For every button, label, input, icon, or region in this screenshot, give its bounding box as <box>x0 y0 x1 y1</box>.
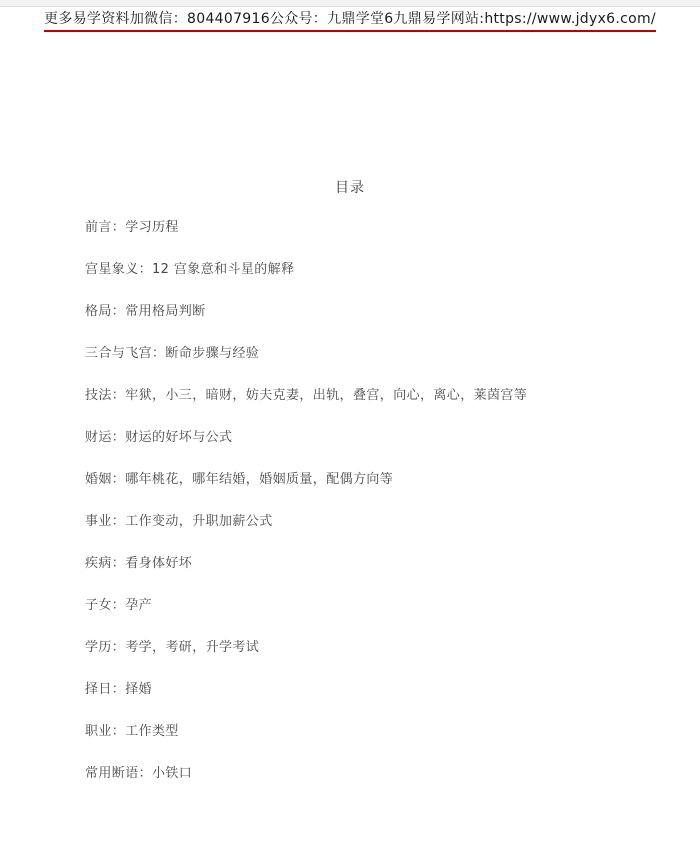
toc-item: 疾病：看身体好坏 <box>85 543 670 585</box>
toc-item: 学历：考学，考研，升学考试 <box>85 627 670 669</box>
document-page: 更多易学资料加微信：804407916公众号：九鼎学堂6九鼎易学网站:https… <box>0 0 700 847</box>
header-banner: 更多易学资料加微信：804407916公众号：九鼎学堂6九鼎易学网站:https… <box>0 11 700 32</box>
toc-item: 三合与飞宫：断命步骤与经验 <box>85 333 670 375</box>
window-top-edge <box>0 0 700 7</box>
toc-item: 职业：工作类型 <box>85 711 670 753</box>
header-banner-text: 更多易学资料加微信：804407916公众号：九鼎学堂6九鼎易学网站:https… <box>44 11 656 32</box>
toc-item: 前言：学习历程 <box>85 207 670 249</box>
toc-title: 目录 <box>0 177 700 197</box>
toc-item: 事业：工作变动，升职加薪公式 <box>85 501 670 543</box>
toc-item: 财运：财运的好坏与公式 <box>85 417 670 459</box>
toc-item: 择日：择婚 <box>85 669 670 711</box>
toc-item: 子女：孕产 <box>85 585 670 627</box>
toc-item: 技法：牢狱，小三，暗财，妨夫克妻，出轨，叠宫，向心，离心，莱茵宫等 <box>85 375 670 417</box>
toc-item: 宫星象义：12 宫象意和斗星的解释 <box>85 249 670 291</box>
toc-list: 前言：学习历程 宫星象义：12 宫象意和斗星的解释 格局：常用格局判断 三合与飞… <box>85 207 670 795</box>
toc-item: 格局：常用格局判断 <box>85 291 670 333</box>
toc-item: 婚姻：哪年桃花，哪年结婚，婚姻质量，配偶方向等 <box>85 459 670 501</box>
toc-item: 常用断语：小铁口 <box>85 753 670 795</box>
